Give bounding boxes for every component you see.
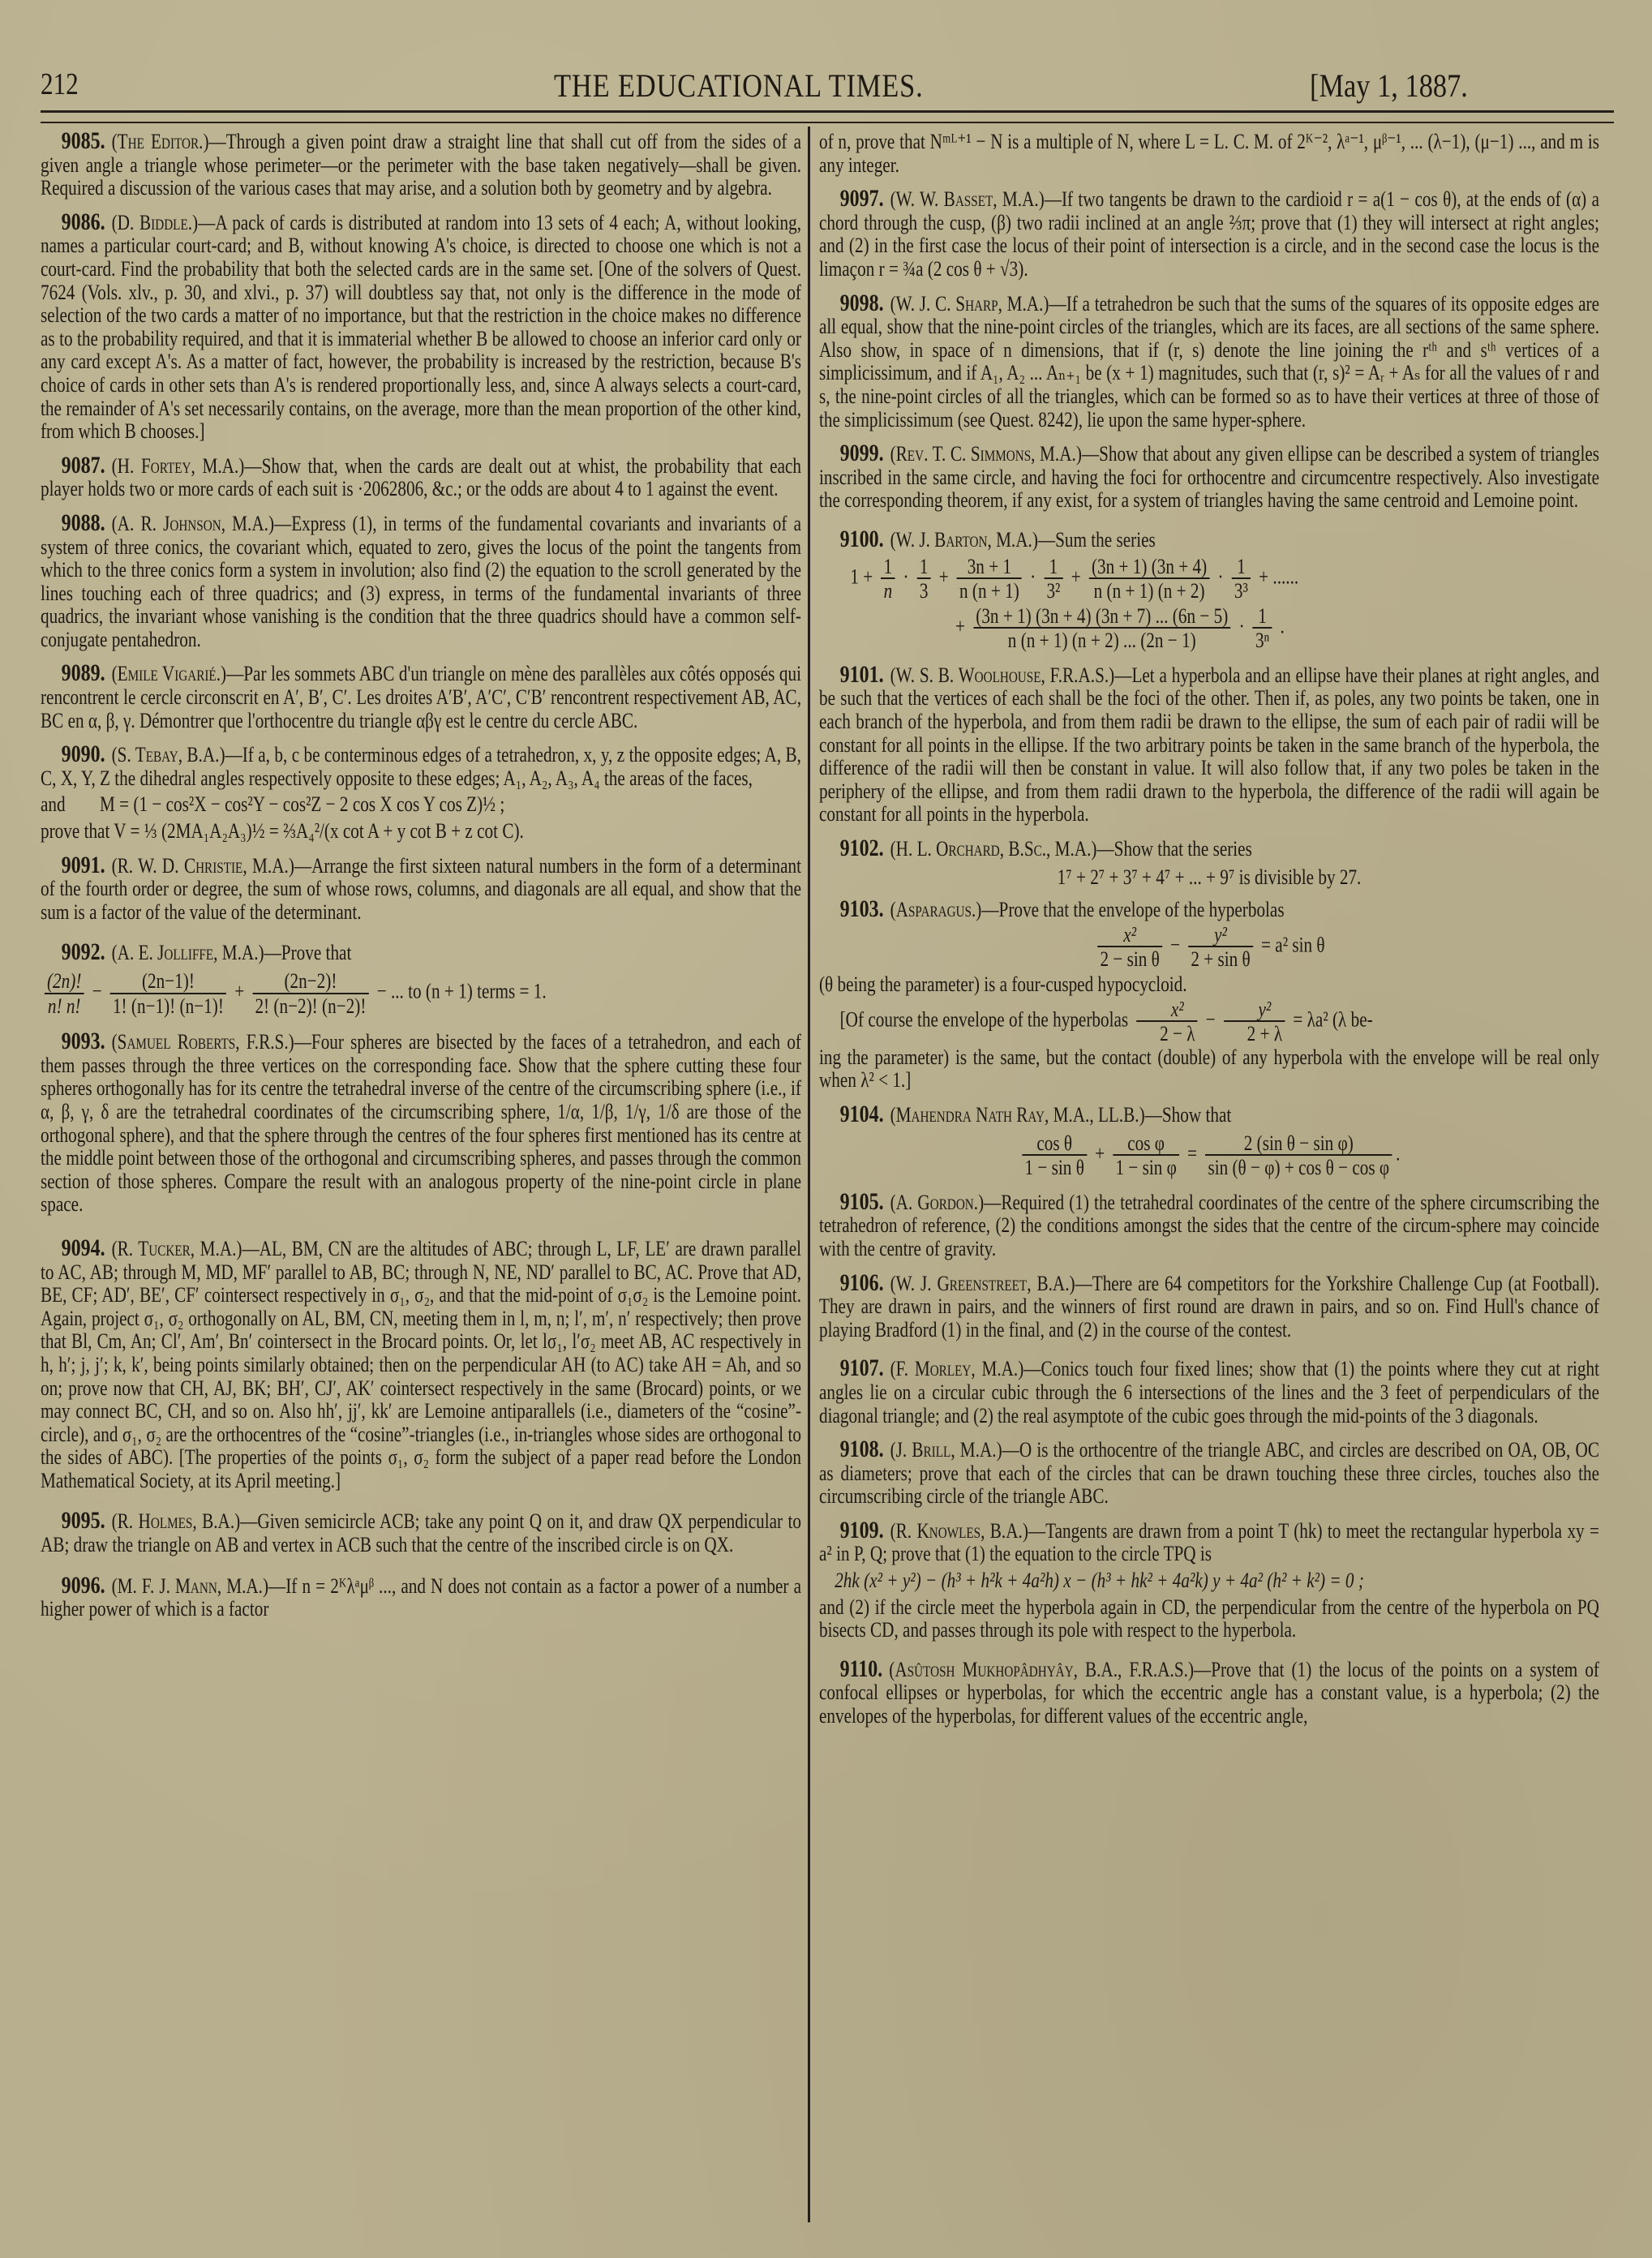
question-author: D. Biddle.: [118, 210, 192, 234]
question-author: M. F. J. Mann, M.A.: [118, 1573, 263, 1598]
question-author: R. Holmes, B.A.: [118, 1509, 234, 1533]
question-number: 9105.: [840, 1188, 884, 1215]
question-9101: 9101.(W. S. B. Woolhouse, F.R.A.S.)—Let …: [819, 663, 1599, 826]
question-text: —A pack of cards is distributed at rando…: [41, 210, 801, 443]
question-author: Emile Vigarié.: [118, 661, 221, 685]
question-9089: 9089.(Emile Vigarié.)—Par les sommets AB…: [41, 662, 801, 732]
question-author: A. E. Jolliffe, M.A.: [118, 940, 259, 964]
question-number: 9090.: [62, 741, 105, 767]
question-text: —Show that: [1145, 1102, 1232, 1127]
question-text: —Four spheres are bisected by the faces …: [41, 1029, 801, 1216]
editorial-note-continued: ing the parameter) is the same, but the …: [819, 1045, 1599, 1092]
question-number: 9102.: [840, 835, 884, 861]
question-number: 9087.: [62, 452, 105, 479]
question-9110: 9110.(Asûtosh Mukhopâdhyây, B.A., F.R.A.…: [819, 1658, 1599, 1728]
question-9108: 9108.(J. Brill, M.A.)—O is the orthocent…: [819, 1438, 1599, 1508]
question-number: 9108.: [840, 1436, 884, 1462]
column-divider: [808, 127, 810, 2222]
series-line-1: 1 + 1n · 13 + 3n + 1n (n + 1) · 13² + (3…: [819, 555, 1599, 603]
question-9104: 9104.(Mahendra Nath Ray, M.A., LL.B.)—Sh…: [819, 1103, 1599, 1179]
question-number: 9109.: [840, 1517, 884, 1543]
question-number: 9096.: [62, 1572, 105, 1599]
question-9103: 9103.(Asparagus.)—Prove that the envelop…: [819, 898, 1599, 1092]
question-text: —Let a hyperbola and an ellipse have the…: [819, 663, 1599, 826]
question-number: 9104.: [840, 1101, 884, 1127]
question-text: —Prove that: [264, 940, 352, 964]
formula: and M = (1 − cos²X − cos²Y − cos²Z − 2 c…: [41, 792, 801, 816]
question-9094: 9094.(R. Tucker, M.A.)—AL, BM, CN are th…: [41, 1237, 801, 1492]
question-author: Samuel Roberts, F.R.S.: [118, 1029, 289, 1054]
question-number: 9097.: [840, 185, 884, 212]
fraction: (2n−1)!1! (n−1)! (n−1)!: [110, 969, 226, 1017]
header-rule-bottom: [41, 122, 1614, 123]
question-9095: 9095.(R. Holmes, B.A.)—Given semicircle …: [41, 1509, 801, 1556]
question-number: 9094.: [62, 1234, 105, 1261]
question-author: H. Fortey, M.A.: [118, 453, 239, 478]
question-number: 9100.: [840, 526, 884, 552]
question-number: 9099.: [840, 440, 884, 466]
question-number: 9089.: [62, 659, 105, 686]
question-number: 9088.: [62, 509, 105, 536]
question-number: 9103.: [840, 895, 884, 922]
question-number: 9106.: [840, 1269, 884, 1296]
formula: 2hk (x² + y²) − (h³ + h²k + 4a²h) x − (h…: [819, 1569, 1599, 1592]
question-9085: 9085.(The Editor.)—Through a given point…: [41, 130, 801, 200]
question-9087: 9087.(H. Fortey, M.A.)—Show that, when t…: [41, 454, 801, 500]
formula: x²2 − sin θ − y²2 + sin θ = a² sin θ: [819, 923, 1599, 971]
question-number: 9092.: [62, 938, 105, 965]
newspaper-page: 212 THE EDUCATIONAL TIMES. [May 1, 1887.…: [0, 0, 1652, 2258]
question-author: W. J. C. Sharp, M.A.: [896, 291, 1044, 316]
publication-title: THE EDUCATIONAL TIMES.: [554, 67, 924, 105]
question-9091: 9091.(R. W. D. Christie, M.A.)—Arrange t…: [41, 854, 801, 924]
question-author: R. Tucker, M.A.: [118, 1236, 237, 1260]
question-author: R. W. D. Christie, M.A.: [118, 853, 289, 878]
question-author: Asûtosh Mukhopâdhyây, B.A., F.R.A.S.: [895, 1657, 1188, 1681]
question-9096-continued: of n, prove that Nᵐᴸ⁺¹ − N is a multiple…: [819, 130, 1599, 176]
question-author: Mahendra Nath Ray, M.A., LL.B.: [896, 1102, 1139, 1127]
question-9092: 9092.(A. E. Jolliffe, M.A.)—Prove that (…: [41, 941, 801, 1017]
question-9102: 9102.(H. L. Orchard, B.Sc., M.A.)—Show t…: [819, 837, 1599, 888]
question-9107: 9107.(F. Morley, M.A.)—Conics touch four…: [819, 1357, 1599, 1427]
issue-date: [May 1, 1887.: [1310, 67, 1468, 105]
question-number: 9091.: [62, 852, 105, 878]
question-author: W. J. Barton, M.A.: [896, 527, 1032, 552]
question-9100: 9100.(W. J. Barton, M.A.)—Sum the series…: [819, 528, 1599, 652]
question-9106: 9106.(W. J. Greenstreet, B.A.)—There are…: [819, 1272, 1599, 1341]
formula: 1⁷ + 2⁷ + 3⁷ + 4⁷ + ... + 9⁷ is divisibl…: [819, 865, 1599, 889]
question-text: —AL, BM, CN are the altitudes of ABC; th…: [41, 1236, 801, 1492]
question-9093: 9093.(Samuel Roberts, F.R.S.)—Four spher…: [41, 1030, 801, 1216]
question-9105: 9105.(A. Gordon.)—Required (1) the tetra…: [819, 1191, 1599, 1260]
question-number: 9110.: [840, 1655, 883, 1682]
question-number: 9086.: [62, 208, 105, 235]
question-author: F. Morley, M.A.: [896, 1356, 1019, 1380]
question-text: —Sum the series: [1038, 527, 1156, 552]
formula: prove that V = ⅓ (2MA₁A₂A₃)½ = ⅔A₄²/(x c…: [41, 819, 801, 843]
question-9097: 9097.(W. W. Basset, M.A.)—If two tangent…: [819, 187, 1599, 280]
formula: cos θ1 − sin θ + cos φ1 − sin φ = 2 (sin…: [819, 1131, 1599, 1179]
question-text: (θ being the parameter) is a four-cusped…: [819, 972, 1599, 996]
question-text: —Prove that the envelope of the hyperbol…: [981, 897, 1284, 921]
question-author: Asparagus.: [896, 897, 976, 921]
series-line-2: + (3n + 1) (3n + 4) (3n + 7) ... (6n − 5…: [819, 604, 1599, 652]
fraction: (2n−2)!2! (n−2)! (n−2)!: [252, 969, 368, 1017]
question-author: S. Tebay, B.A.: [118, 742, 220, 766]
page-number: 212: [41, 67, 79, 102]
left-column: 9085.(The Editor.)—Through a given point…: [41, 130, 801, 1632]
question-author: R. Knowles, B.A.: [896, 1518, 1023, 1543]
question-text: —Show that the series: [1096, 836, 1251, 861]
question-9098: 9098.(W. J. C. Sharp, M.A.)—If a tetrahe…: [819, 292, 1599, 431]
question-9090: 9090.(S. Tebay, B.A.)—If a, b, c be cont…: [41, 743, 801, 842]
fraction: (2n)!n! n!: [45, 969, 84, 1017]
question-author: W. S. B. Woolhouse, F.R.A.S.: [896, 663, 1109, 687]
formula: (2n)!n! n! − (2n−1)!1! (n−1)! (n−1)! + (…: [41, 969, 801, 1017]
question-author: A. R. Johnson, M.A.: [118, 511, 268, 535]
question-author: J. Brill, M.A.: [896, 1437, 997, 1462]
question-author: A. Gordon.: [896, 1190, 978, 1214]
question-text: of n, prove that Nᵐᴸ⁺¹ − N is a multiple…: [819, 129, 1599, 177]
right-column: of n, prove that Nᵐᴸ⁺¹ − N is a multiple…: [819, 130, 1599, 1739]
question-number: 9093.: [62, 1028, 105, 1054]
question-number: 9101.: [840, 661, 884, 688]
question-9109: 9109.(R. Knowles, B.A.)—Tangents are dra…: [819, 1519, 1599, 1642]
editorial-note: [Of course the envelope of the hyperbola…: [819, 998, 1599, 1045]
question-number: 9095.: [62, 1507, 105, 1534]
question-number: 9085.: [62, 127, 105, 154]
question-author: The Editor.: [118, 129, 204, 153]
question-number: 9107.: [840, 1354, 884, 1381]
question-author: H. L. Orchard, B.Sc., M.A.: [896, 836, 1092, 861]
question-9088: 9088.(A. R. Johnson, M.A.)—Express (1), …: [41, 512, 801, 651]
question-9099: 9099.(Rev. T. C. Simmons, M.A.)—Show tha…: [819, 442, 1599, 512]
question-author: W. W. Basset, M.A.: [896, 187, 1039, 211]
question-9096: 9096.(M. F. J. Mann, M.A.)—If n = 2ᴷλᵃμᵝ…: [41, 1574, 801, 1621]
question-author: W. J. Greenstreet, B.A.: [896, 1271, 1070, 1295]
masthead: 212 THE EDUCATIONAL TIMES. [May 1, 1887.: [41, 67, 1614, 107]
question-9086: 9086.(D. Biddle.)—A pack of cards is dis…: [41, 211, 801, 443]
question-author: Rev. T. C. Simmons, M.A.: [896, 441, 1076, 466]
question-text: and (2) if the circle meet the hyperbola…: [819, 1595, 1599, 1642]
header-rule-top: [41, 110, 1614, 113]
question-number: 9098.: [840, 290, 884, 316]
